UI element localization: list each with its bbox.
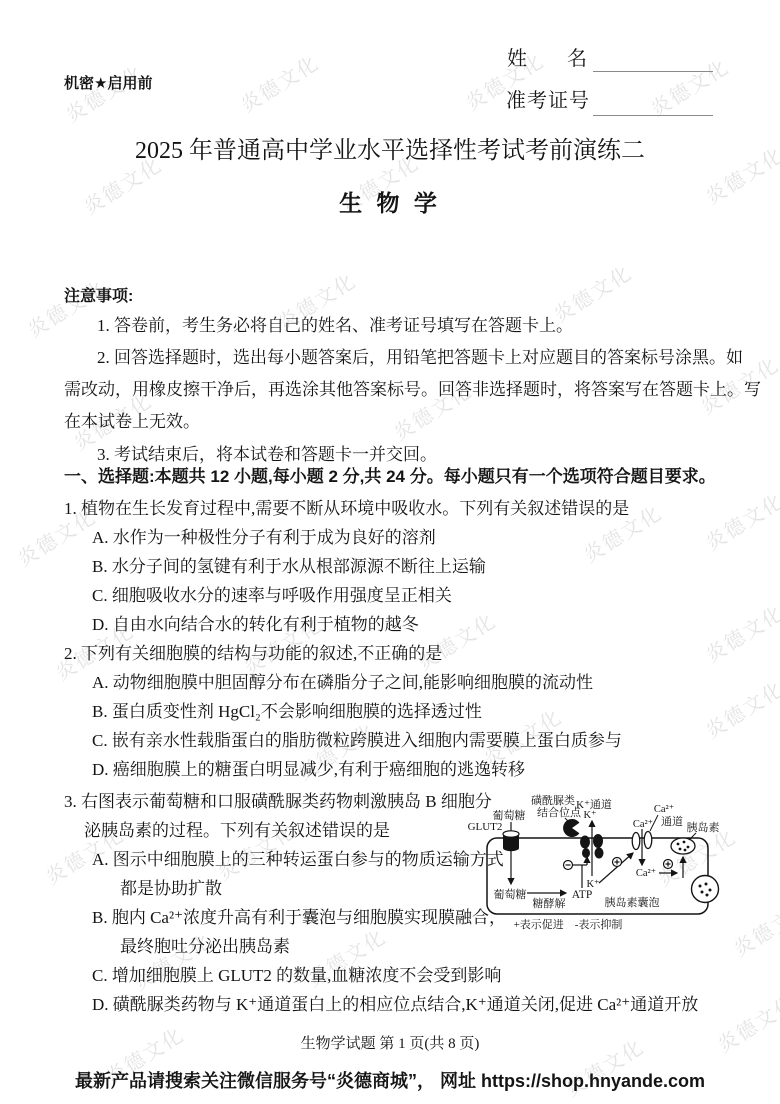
insulin-vesicle-icon [692, 876, 719, 903]
question-2-option-d: D. 癌细胞膜上的糖蛋白明显减少,有利于癌细胞的逃逸转移 [92, 760, 525, 780]
diagram-ca-channel-label1: Ca²⁺ [654, 804, 674, 815]
glut2-transporter-icon [503, 831, 519, 851]
exam-page: 炎德文化炎德文化炎德文化炎德文化炎德文化炎德文化炎德文化炎德文化炎德文化炎德文化… [0, 0, 780, 1104]
diagram-glut2-label: GLUT2 [468, 821, 503, 833]
question-3-option-b-cont: 最终胞吐分泌出胰岛素 [120, 937, 290, 957]
watermark: 炎德文化 [411, 605, 501, 676]
question-3-stem-line1: 3. 右图表示葡萄糖和口服磺酰脲类药物刺激胰岛 B 细胞分 [64, 792, 492, 812]
plus-promote-icon [613, 858, 622, 867]
notice-line: 需改动，用橡皮擦干净后，再选涂其他答案标号。回答非选择题时，将答案写在答题卡上。… [64, 380, 761, 400]
question-2-option-a: A. 动物细胞膜中胆固醇分布在磷脂分子之间,能影响细胞膜的流动性 [92, 673, 593, 693]
question-2-stem: 2. 下列有关细胞膜的结构与功能的叙述,不正确的是 [64, 644, 442, 664]
diagram-atp-label: ATP [572, 889, 592, 901]
sulfonylurea-receptor-icon [563, 819, 579, 837]
question-3-option-c: C. 增加细胞膜上 GLUT2 的数量,血糖浓度不会受到影响 [92, 966, 501, 986]
promo-line: 最新产品请搜索关注微信服务号“炎德商城”， 网址 https://shop.hn… [0, 1071, 780, 1091]
question-1-option-a: A. 水作为一种极性分子有利于成为良好的溶剂 [92, 528, 436, 548]
watermark: 炎德文化 [699, 673, 780, 744]
ticket-number-label: 准考证号 [506, 91, 590, 111]
exam-title: 2025 年普通高中学业水平选择性考试考前演练二 [0, 141, 780, 161]
question-3-option-a-cont: 都是协助扩散 [120, 879, 222, 899]
question-3-option-b: B. 胞内 Ca²⁺浓度升高有利于囊泡与细胞膜实现膜融合， [92, 908, 506, 928]
plus-promote-icon [664, 860, 673, 869]
confidential-marking: 机密★启用前 [64, 74, 152, 94]
diagram-vesicle-label: 胰岛素囊泡 [605, 895, 660, 909]
diagram-sulfonylurea-label1: 磺酰脲类 [531, 793, 575, 807]
diagram-ca-out-label: Ca²⁺ [633, 819, 653, 830]
fused-vesicle-icon [671, 838, 695, 854]
question-1-stem: 1. 植物在生长发育过程中,需要不断从环境中吸收水。下列有关叙述错误的是 [64, 499, 629, 519]
diagram-insulin-label: 胰岛素 [687, 820, 720, 834]
insulin-secretion-diagram: 葡萄糖 GLUT2 磺酰脲类 结合位点 K⁺通道 K⁺ K⁺ [465, 788, 757, 940]
subject-title: 生 物 学 [0, 193, 780, 213]
diagram-ca-channel-label2: 通道 [661, 815, 683, 828]
diagram-glucose-out-label: 葡萄糖 [493, 808, 526, 822]
ticket-blank-line [593, 93, 713, 116]
question-1-option-d: D. 自由水向结合水的转化有利于植物的越冬 [92, 615, 419, 635]
diagram-glycolysis-label: 糖酵解 [533, 896, 566, 910]
question-3-option-a: A. 图示中细胞膜上的三种转运蛋白参与的物质运输方式 [92, 850, 504, 870]
notice-line: 在本试卷上无效。 [64, 412, 200, 432]
name-label: 姓 名 [507, 49, 587, 69]
question-1-option-b: B. 水分子间的氢键有利于水从根部源源不断往上运输 [92, 557, 486, 577]
diagram-glucose-in-label: 葡萄糖 [494, 887, 527, 901]
notice-line: 3. 考试结束后，将本试卷和答题卡一并交回。 [97, 445, 437, 465]
section-header: 一、选择题:本题共 12 小题,每小题 2 分,共 24 分。每小题只有一个选项… [64, 467, 716, 487]
question-1-option-c: C. 细胞吸收水分的速率与呼吸作用强度呈正相关 [92, 586, 452, 606]
question-3-stem-line2: 泌胰岛素的过程。下列有关叙述错误的是 [84, 821, 390, 841]
notice-line: 2. 回答选择题时，选出每小题答案后，用铅笔把答题卡上对应题目的答案标号涂黑。如 [97, 348, 743, 368]
diagram-k-out-label: K⁺ [583, 810, 596, 821]
question-2-option-b: B. 蛋白质变性剂 HgCl₂不会影响细胞膜的选择透过性 [92, 702, 482, 722]
diagram-legend: +表示促进 -表示抑制 [514, 917, 623, 931]
question-3-option-d: D. 磺酰脲类药物与 K⁺通道蛋白上的相应位点结合,K⁺通道关闭,促进 Ca²⁺… [92, 995, 698, 1015]
minus-inhibit-icon [564, 861, 573, 870]
watermark: 炎德文化 [699, 597, 780, 668]
watermark: 炎德文化 [699, 485, 780, 556]
watermark: 炎德文化 [234, 47, 324, 118]
name-blank-line [593, 51, 713, 72]
notices-title: 注意事项: [64, 287, 133, 307]
page-footer: 生物学试题 第 1 页(共 8 页) [0, 1034, 780, 1054]
notice-line: 1. 答卷前，考生务必将自己的姓名、准考证号填写在答题卡上。 [97, 316, 573, 336]
question-2-option-c: C. 嵌有亲水性载脂蛋白的脂肪微粒跨膜进入细胞内需要膜上蛋白质参与 [92, 731, 622, 751]
diagram-ca-in-label: Ca²⁺ [636, 868, 656, 879]
